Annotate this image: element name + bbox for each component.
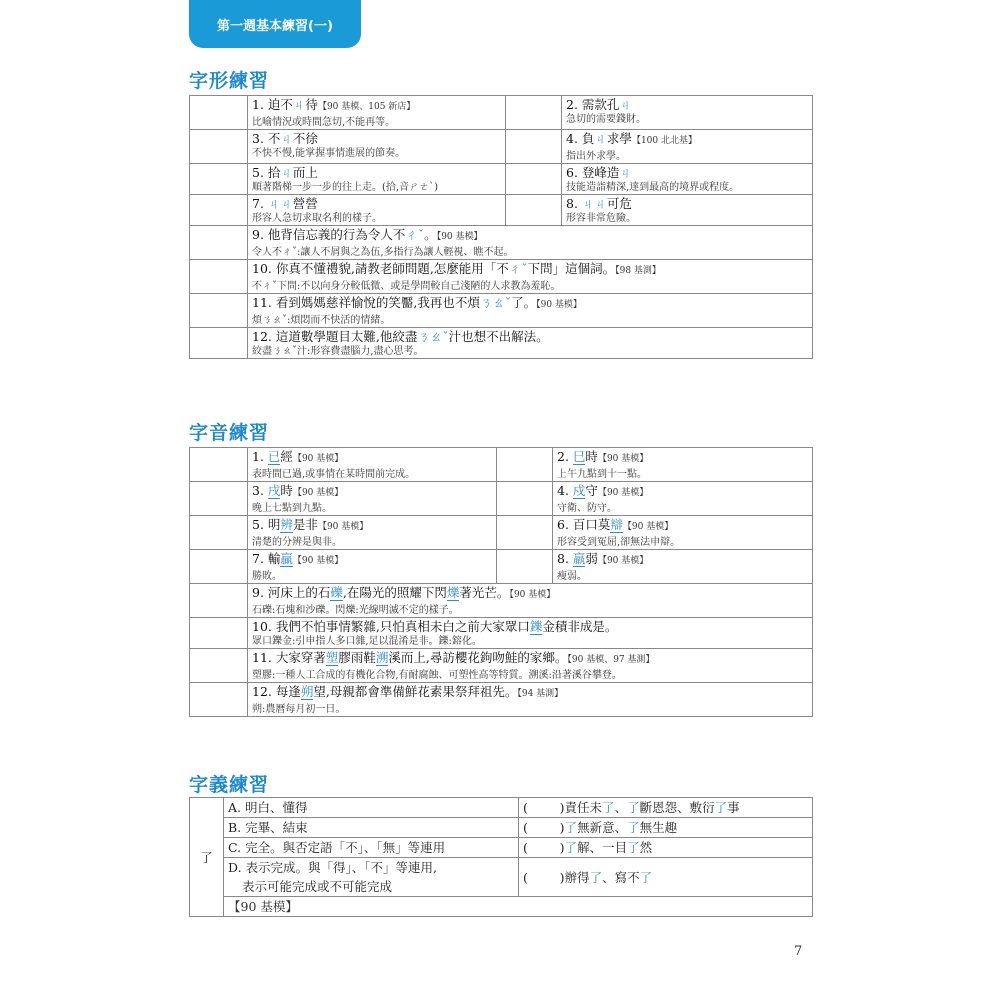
question-line: 2. 巳時【90 基模】 <box>557 448 812 468</box>
blank-cell <box>190 516 248 550</box>
exam-source: 【90 基模】 <box>224 897 813 917</box>
pinyin-mark: ㄐ <box>280 131 293 146</box>
table-cell: 10. 你真不懂禮貌,請教老師問題,怎麼能用「不ㄔˇ下問」這個詞。【98 基測】… <box>248 260 813 294</box>
blank-cell <box>190 294 248 328</box>
table-row: 11. 看到媽媽慈祥愉悅的笑靨,我再也不煩ㄋㄠˇ了。【90 基模】煩ㄋㄠˇ:煩悶… <box>190 294 813 328</box>
question-line: 11. 大家穿著塑膠雨鞋溯溪而上,尋訪櫻花鉤吻鮭的家鄉。【90 基模、97 基測… <box>252 649 812 669</box>
highlight-char: 羸 <box>573 551 586 567</box>
question-text: 守 <box>585 483 598 498</box>
question-text: 著光芒。 <box>459 585 509 600</box>
answer-line: 勝敗。 <box>252 570 496 583</box>
question-text: 12. 每逢 <box>252 684 301 699</box>
question-line: 9. 他背信忘義的行為令人不ㄔˇ。【90 基模】 <box>252 226 812 246</box>
definition-text: 表示可能完成或不可能完成 <box>228 877 518 896</box>
table-row: 1. 迫不ㄐ待【90 基模、105 新店】比喻情況或時間急切,不能再等。2. 需… <box>190 96 813 130</box>
answer-line: 清楚的分辨是與非。 <box>252 536 496 549</box>
table-row: 11. 大家穿著塑膠雨鞋溯溪而上,尋訪櫻花鉤吻鮭的家鄉。【90 基模、97 基測… <box>190 649 813 683</box>
highlight-char: 了 <box>640 870 653 885</box>
example-text: 、寫不 <box>602 870 640 885</box>
answer-line: 瘦弱。 <box>557 570 812 583</box>
answer-line: 不ㄔˇ下問:不以向身分較低微、或是學問較自己淺陋的人求教為羞恥。 <box>252 280 812 293</box>
highlight-char: 了 <box>627 840 640 855</box>
question-text: 10. 我們不怕事情繁雜,只怕真相未白之前大家眾口 <box>252 619 530 634</box>
table-cell: 10. 我們不怕事情繁雜,只怕真相未白之前大家眾口鑠金積非成是。眾口鑠金:引申指… <box>248 618 813 649</box>
question-line: 5. 明辨是非【90 基模】 <box>252 516 496 536</box>
example-cell: ( )了解、一目了然 <box>519 838 813 858</box>
question-text: 是非 <box>293 517 318 532</box>
example-text: 解、一目 <box>577 840 627 855</box>
question-text: 8. <box>566 196 582 211</box>
question-line: 4. 負ㄐ求學【100 北北基】 <box>566 130 812 150</box>
highlight-char: 塑 <box>326 650 339 666</box>
question-text: 12. 這道數學題目太難,他絞盡 <box>252 329 417 344</box>
table-row: 10. 你真不懂禮貌,請教老師問題,怎麼能用「不ㄔˇ下問」這個詞。【98 基測】… <box>190 260 813 294</box>
glyph-practice-table: 1. 迫不ㄐ待【90 基模、105 新店】比喻情況或時間急切,不能再等。2. 需… <box>189 95 813 359</box>
table-cell: 6. 登峰造ㄐ技能造詣精深,達到最高的境界或程度。 <box>562 164 813 195</box>
exam-source: 【90 基模、97 基測】 <box>567 655 654 665</box>
highlight-char: 朔 <box>301 684 314 700</box>
table-row: 【90 基模】 <box>190 897 813 917</box>
answer-line: 技能造詣精深,達到最高的境界或程度。 <box>566 181 812 194</box>
blank-cell <box>190 550 248 584</box>
table-cell: 12. 這道數學題目太難,他絞盡ㄋㄠˇ汁也想不出解法。絞盡ㄋㄠˇ汁:形容費盡腦力… <box>248 328 813 359</box>
question-text: 經 <box>280 449 293 464</box>
question-line: 6. 百口莫辯【90 基模】 <box>557 516 812 536</box>
answer-line: 朔:農曆每月初一日。 <box>252 703 812 716</box>
pinyin-mark: ㄋㄠˇ <box>480 295 511 310</box>
question-text: 3. <box>252 483 268 498</box>
highlight-char: 了 <box>627 820 640 835</box>
pinyin-mark: ㄔˇ <box>509 261 528 276</box>
table-cell: 12. 每逢朔望,母親都會準備鮮花素果祭拜祖先。【94 基測】朔:農曆每月初一日… <box>248 683 813 717</box>
highlight-char: 贏 <box>280 551 293 567</box>
table-row: C. 完全。與否定語「不」、「無」等連用( )了解、一目了然 <box>190 838 813 858</box>
table-cell: 3. 戌時【90 基模】晚上七點到九點。 <box>248 482 497 516</box>
highlight-char: 巳 <box>573 449 586 465</box>
question-text: 9. 河床上的石 <box>252 585 330 600</box>
definition-cell: A. 明白、懂得 <box>224 798 519 818</box>
table-cell: 1. 迫不ㄐ待【90 基模、105 新店】比喻情況或時間急切,不能再等。 <box>248 96 506 130</box>
exam-source: 【90 基模】 <box>318 522 368 532</box>
highlight-char: 了 <box>715 800 728 815</box>
blank-cell <box>190 96 248 130</box>
blank-cell <box>506 130 562 164</box>
definition-text: D. 表示完成。與「得」、「不」等連用, <box>228 858 518 877</box>
exam-source: 【90 基模】 <box>509 590 555 600</box>
example-text: 責任未 <box>565 800 603 815</box>
question-line: 3. 戌時【90 基模】 <box>252 482 496 502</box>
highlight-char: 辯 <box>610 517 623 533</box>
answer-line: 形容非常危險。 <box>566 212 812 225</box>
table-cell: 1. 已經【90 基模】表時間已過,或事情在某時間前完成。 <box>248 448 497 482</box>
exam-source: 【90 基模】 <box>437 232 483 242</box>
pinyin-mark: ㄋㄠˇ <box>417 329 448 344</box>
table-row: 9. 他背信忘義的行為令人不ㄔˇ。【90 基模】令人不ㄔˇ:讓人不屑與之為伍,多… <box>190 226 813 260</box>
question-text: 11. 看到媽媽慈祥愉悅的笑靨,我再也不煩 <box>252 295 480 310</box>
table-cell: 11. 大家穿著塑膠雨鞋溯溪而上,尋訪櫻花鉤吻鮭的家鄉。【90 基模、97 基測… <box>248 649 813 683</box>
question-text: 7. 輸 <box>252 551 280 566</box>
highlight-char: 了 <box>602 800 615 815</box>
exam-source: 【90 基模】 <box>536 300 582 310</box>
example-text: 無生趣 <box>640 820 678 835</box>
blank-cell <box>497 516 553 550</box>
answer-line: 指出外求學。 <box>566 150 812 163</box>
answer-line: 急切的需要錢財。 <box>566 113 812 126</box>
table-cell: 4. 戍守【90 基模】守衛、防守。 <box>553 482 813 516</box>
question-line: 3. 不ㄐ不徐 <box>252 130 505 147</box>
table-cell: 2. 巳時【90 基模】上午九點到十一點。 <box>553 448 813 482</box>
answer-line: 上午九點到十一點。 <box>557 468 812 481</box>
blank-cell <box>190 482 248 516</box>
question-text: 9. 他背信忘義的行為令人不 <box>252 227 405 242</box>
highlight-char: 了 <box>627 800 640 815</box>
example-text: 事 <box>727 800 740 815</box>
question-text: 時 <box>585 449 598 464</box>
highlight-char: 鑠 <box>530 619 543 635</box>
definition-text: A. 明白、懂得 <box>228 798 518 817</box>
question-text: 10. 你真不懂禮貌,請教老師問題,怎麼能用「不 <box>252 261 509 276</box>
table-cell: 3. 不ㄐ不徐不快不慢,能掌握事情進展的節奏。 <box>248 130 506 164</box>
blank-cell <box>190 683 248 717</box>
question-text: ,在陽光的照耀下閃 <box>343 585 447 600</box>
answer-line: 眾口鑠金:引申指人多口雜,足以混淆是非。鑠:鎔化。 <box>252 635 812 648</box>
question-text: 3. 不 <box>252 131 280 146</box>
answer-line: 塑膠:一種人工合成的有機化合物,有耐腐蝕、可塑性高等特質。溯溪:沿著溪谷攀登。 <box>252 669 812 682</box>
table-cell: 8. 羸弱【90 基模】瘦弱。 <box>553 550 813 584</box>
example-text: 斷恩怨、敷衍 <box>640 800 715 815</box>
question-line: 11. 看到媽媽慈祥愉悅的笑靨,我再也不煩ㄋㄠˇ了。【90 基模】 <box>252 294 812 314</box>
question-text: 5. 明 <box>252 517 280 532</box>
blank-cell <box>190 226 248 260</box>
exam-source: 【90 基模、105 新店】 <box>318 102 415 112</box>
highlight-char: 了 <box>590 870 603 885</box>
example-cell: ( )責任未了、了斷恩怨、敷衍了事 <box>519 798 813 818</box>
table-cell: 9. 河床上的石礫,在陽光的照耀下閃爍著光芒。【90 基模】石礫:石塊和沙礫。閃… <box>248 584 813 618</box>
blank-cell <box>190 448 248 482</box>
exam-source: 【90 基模】 <box>623 522 673 532</box>
question-text: 汁也想不出解法。 <box>449 329 549 344</box>
answer-blank[interactable]: ( ) <box>523 800 565 815</box>
pinyin-mark: ㄐ <box>594 131 607 146</box>
chapter-tab-label: 第一週基本練習(一) <box>217 15 333 34</box>
answer-line: 絞盡ㄋㄠˇ汁:形容費盡腦力,盡心思考。 <box>252 345 812 358</box>
exam-source: 【94 基測】 <box>517 689 563 699</box>
blank-cell <box>190 649 248 683</box>
definition-cell: C. 完全。與否定語「不」、「無」等連用 <box>224 838 519 858</box>
answer-line: 形容受到冤屈,卻無法申辯。 <box>557 536 812 549</box>
example-text: 無新意、 <box>577 820 627 835</box>
exam-source: 【90 基模】 <box>598 488 648 498</box>
answer-line: 晚上七點到九點。 <box>252 502 496 515</box>
table-row: 9. 河床上的石礫,在陽光的照耀下閃爍著光芒。【90 基模】石礫:石塊和沙礫。閃… <box>190 584 813 618</box>
section-title-sound: 字音練習 <box>189 418 269 445</box>
question-text: 7. <box>252 196 268 211</box>
pinyin-mark: ㄐ <box>619 97 632 112</box>
question-text: 1. <box>252 449 268 464</box>
example-cell: ( )辦得了、寫不了 <box>519 858 813 897</box>
table-cell: 6. 百口莫辯【90 基模】形容受到冤屈,卻無法申辯。 <box>553 516 813 550</box>
table-cell: 4. 負ㄐ求學【100 北北基】指出外求學。 <box>562 130 813 164</box>
page-number: 7 <box>794 944 802 959</box>
exam-source: 【90 基模】 <box>598 556 648 566</box>
blank-cell <box>190 328 248 359</box>
answer-line: 煩ㄋㄠˇ:煩悶而不快活的情緒。 <box>252 314 812 327</box>
question-text: 下問」這個詞。 <box>528 261 616 276</box>
pinyin-mark: ㄐ <box>280 165 293 180</box>
question-text: 6. 登峰造 <box>566 165 619 180</box>
definition-cell: D. 表示完成。與「得」、「不」等連用,表示可能完成或不可能完成 <box>224 858 519 897</box>
question-line: 4. 戍守【90 基模】 <box>557 482 812 502</box>
example-text: 然 <box>640 840 653 855</box>
example-cell: ( )了無新意、了無生趣 <box>519 818 813 838</box>
pinyin-mark: ㄐㄐ <box>268 196 293 211</box>
chapter-tab: 第一週基本練習(一) <box>189 0 361 48</box>
table-row: D. 表示完成。與「得」、「不」等連用,表示可能完成或不可能完成( )辦得了、寫… <box>190 858 813 897</box>
exam-source: 【90 基模】 <box>293 488 343 498</box>
question-text: 2. <box>557 449 573 464</box>
example-text: 辦得 <box>565 870 590 885</box>
exam-source: 【90 基模】 <box>293 454 343 464</box>
question-text: 營營 <box>293 196 318 211</box>
table-cell: 7. 輸贏【90 基模】勝敗。 <box>248 550 497 584</box>
table-cell: 9. 他背信忘義的行為令人不ㄔˇ。【90 基模】令人不ㄔˇ:讓人不屑與之為伍,多… <box>248 226 813 260</box>
question-text: 1. 迫不 <box>252 97 293 112</box>
question-text: 溪而上,尋訪櫻花鉤吻鮭的家鄉。 <box>388 650 567 665</box>
question-line: 8. ㄐㄐ可危 <box>566 195 812 212</box>
table-row: B. 完畢、結束( )了無新意、了無生趣 <box>190 818 813 838</box>
exam-source: 【90 基模】 <box>598 454 648 464</box>
blank-cell <box>506 164 562 195</box>
table-row: 了A. 明白、懂得( )責任未了、了斷恩怨、敷衍了事 <box>190 798 813 818</box>
question-text: 求學 <box>607 131 632 146</box>
example-text: 、 <box>615 800 628 815</box>
question-text: 5. 拾 <box>252 165 280 180</box>
table-cell: 7. ㄐㄐ營營形容人急切求取名利的樣子。 <box>248 195 506 226</box>
exam-source: 【98 基測】 <box>615 266 661 276</box>
question-text: 4. <box>557 483 573 498</box>
highlight-char: 溯 <box>376 650 389 666</box>
pinyin-mark: ㄐ <box>293 97 306 112</box>
question-line: 6. 登峰造ㄐ <box>566 164 812 181</box>
question-text: 4. 負 <box>566 131 594 146</box>
question-line: 10. 我們不怕事情繁雜,只怕真相未白之前大家眾口鑠金積非成是。 <box>252 618 812 635</box>
table-row: 12. 這道數學題目太難,他絞盡ㄋㄠˇ汁也想不出解法。絞盡ㄋㄠˇ汁:形容費盡腦力… <box>190 328 813 359</box>
answer-line: 石礫:石塊和沙礫。閃爍:光線明滅不定的樣子。 <box>252 604 812 617</box>
question-line: 1. 已經【90 基模】 <box>252 448 496 468</box>
answer-blank[interactable]: ( ) <box>523 870 565 885</box>
target-char: 了 <box>190 798 224 917</box>
highlight-char: 了 <box>565 820 578 835</box>
question-text: 6. 百口莫 <box>557 517 610 532</box>
exam-source: 【100 北北基】 <box>632 136 697 146</box>
exam-source: 【90 基模】 <box>293 556 343 566</box>
answer-line: 形容人急切求取名利的樣子。 <box>252 212 505 225</box>
table-row: 3. 不ㄐ不徐不快不慢,能掌握事情進展的節奏。4. 負ㄐ求學【100 北北基】指… <box>190 130 813 164</box>
question-line: 7. ㄐㄐ營營 <box>252 195 505 212</box>
table-row: 3. 戌時【90 基模】晚上七點到九點。4. 戍守【90 基模】守衛、防守。 <box>190 482 813 516</box>
question-text: 了。 <box>511 295 536 310</box>
blank-cell <box>497 550 553 584</box>
pinyin-mark: ㄐㄐ <box>582 196 607 211</box>
question-text: 金積非成是。 <box>542 619 617 634</box>
question-line: 12. 這道數學題目太難,他絞盡ㄋㄠˇ汁也想不出解法。 <box>252 328 812 345</box>
question-text: 望,母親都會準備鮮花素果祭拜祖先。 <box>313 684 517 699</box>
table-row: 12. 每逢朔望,母親都會準備鮮花素果祭拜祖先。【94 基測】朔:農曆每月初一日… <box>190 683 813 717</box>
blank-cell <box>190 130 248 164</box>
question-text: 膠雨鞋 <box>338 650 376 665</box>
pinyin-mark: ㄔˇ <box>405 227 424 242</box>
blank-cell <box>190 618 248 649</box>
question-text: 11. 大家穿著 <box>252 650 326 665</box>
table-row: 7. 輸贏【90 基模】勝敗。8. 羸弱【90 基模】瘦弱。 <box>190 550 813 584</box>
question-line: 5. 拾ㄐ而上 <box>252 164 505 181</box>
meaning-practice-table: 了A. 明白、懂得( )責任未了、了斷恩怨、敷衍了事B. 完畢、結束( )了無新… <box>189 797 813 917</box>
question-text: 不徐 <box>293 131 318 146</box>
question-text: 而上 <box>293 165 318 180</box>
highlight-char: 已 <box>268 449 281 465</box>
highlight-char: 了 <box>565 840 578 855</box>
blank-cell <box>506 195 562 226</box>
question-text: 待 <box>305 97 318 112</box>
table-cell: 11. 看到媽媽慈祥愉悅的笑靨,我再也不煩ㄋㄠˇ了。【90 基模】煩ㄋㄠˇ:煩悶… <box>248 294 813 328</box>
question-line: 7. 輸贏【90 基模】 <box>252 550 496 570</box>
definition-cell: B. 完畢、結束 <box>224 818 519 838</box>
table-cell: 8. ㄐㄐ可危形容非常危險。 <box>562 195 813 226</box>
highlight-char: 礫 <box>330 585 343 601</box>
question-line: 10. 你真不懂禮貌,請教老師問題,怎麼能用「不ㄔˇ下問」這個詞。【98 基測】 <box>252 260 812 280</box>
table-row: 5. 拾ㄐ而上順著階梯一步一步的往上走。(拾,音ㄕㄜˋ)6. 登峰造ㄐ技能造詣精… <box>190 164 813 195</box>
answer-line: 比喻情況或時間急切,不能再等。 <box>252 116 505 129</box>
question-line: 9. 河床上的石礫,在陽光的照耀下閃爍著光芒。【90 基模】 <box>252 584 812 604</box>
question-text: 2. 需款孔 <box>566 97 619 112</box>
table-cell: 2. 需款孔ㄐ急切的需要錢財。 <box>562 96 813 130</box>
question-text: 弱 <box>585 551 598 566</box>
answer-blank[interactable]: ( ) <box>523 820 565 835</box>
table-row: 10. 我們不怕事情繁雜,只怕真相未白之前大家眾口鑠金積非成是。眾口鑠金:引申指… <box>190 618 813 649</box>
answer-line: 令人不ㄔˇ:讓人不屑與之為伍,多指行為讓人輕視、瞧不起。 <box>252 246 812 259</box>
table-row: 1. 已經【90 基模】表時間已過,或事情在某時間前完成。2. 巳時【90 基模… <box>190 448 813 482</box>
question-line: 2. 需款孔ㄐ <box>566 96 812 113</box>
section-title-meaning: 字義練習 <box>189 770 269 797</box>
definition-text: C. 完全。與否定語「不」、「無」等連用 <box>228 838 518 857</box>
table-row: 5. 明辨是非【90 基模】清楚的分辨是與非。6. 百口莫辯【90 基模】形容受… <box>190 516 813 550</box>
question-text: 8. <box>557 551 573 566</box>
question-text: 可危 <box>607 196 632 211</box>
blank-cell <box>497 448 553 482</box>
blank-cell <box>190 164 248 195</box>
blank-cell <box>190 195 248 226</box>
answer-blank[interactable]: ( ) <box>523 840 565 855</box>
blank-cell <box>190 584 248 618</box>
answer-line: 順著階梯一步一步的往上走。(拾,音ㄕㄜˋ) <box>252 181 505 194</box>
section-title-glyph: 字形練習 <box>189 66 269 93</box>
blank-cell <box>190 260 248 294</box>
blank-cell <box>506 96 562 130</box>
answer-line: 不快不慢,能掌握事情進展的節奏。 <box>252 147 505 160</box>
question-text: 時 <box>280 483 293 498</box>
question-line: 12. 每逢朔望,母親都會準備鮮花素果祭拜祖先。【94 基測】 <box>252 683 812 703</box>
sound-practice-table: 1. 已經【90 基模】表時間已過,或事情在某時間前完成。2. 巳時【90 基模… <box>189 447 813 717</box>
table-cell: 5. 明辨是非【90 基模】清楚的分辨是與非。 <box>248 516 497 550</box>
answer-line: 表時間已過,或事情在某時間前完成。 <box>252 468 496 481</box>
table-row: 7. ㄐㄐ營營形容人急切求取名利的樣子。8. ㄐㄐ可危形容非常危險。 <box>190 195 813 226</box>
answer-line: 守衛、防守。 <box>557 502 812 515</box>
pinyin-mark: ㄐ <box>619 165 632 180</box>
highlight-char: 戌 <box>268 483 281 499</box>
highlight-char: 戍 <box>573 483 586 499</box>
highlight-char: 辨 <box>280 517 293 533</box>
question-text: 。 <box>424 227 437 242</box>
definition-text: B. 完畢、結束 <box>228 818 518 837</box>
highlight-char: 爍 <box>447 585 460 601</box>
question-line: 8. 羸弱【90 基模】 <box>557 550 812 570</box>
question-line: 1. 迫不ㄐ待【90 基模、105 新店】 <box>252 96 505 116</box>
table-cell: 5. 拾ㄐ而上順著階梯一步一步的往上走。(拾,音ㄕㄜˋ) <box>248 164 506 195</box>
blank-cell <box>497 482 553 516</box>
